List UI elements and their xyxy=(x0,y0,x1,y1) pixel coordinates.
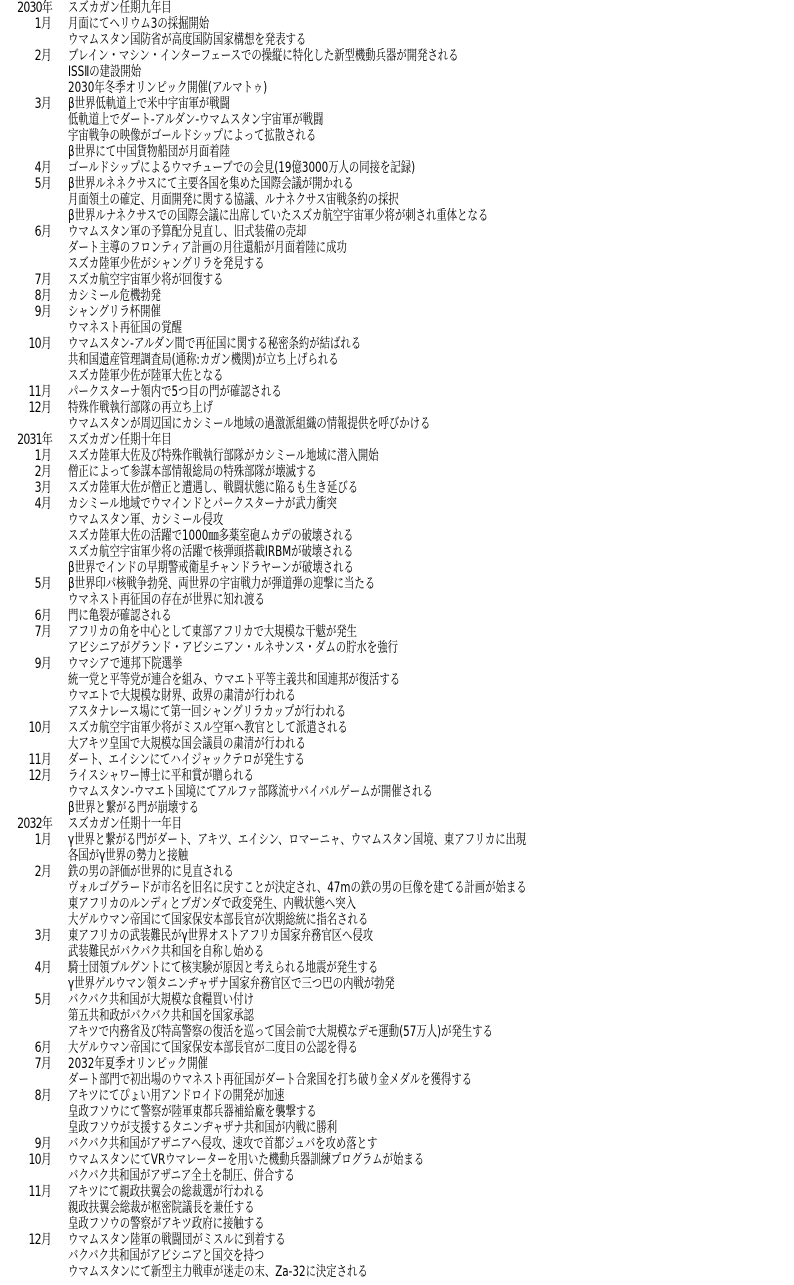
month-label: 10月 xyxy=(11,720,51,736)
event-text: スズカ陸軍少佐がシャングリラを発見する xyxy=(68,256,264,272)
event-row: 7月アフリカの角を中心として東部アフリカで大規模な干魃が発生 xyxy=(0,624,794,640)
event-text: 皇政フソウが支援するタニンヂャザナ共和国が内戦に勝利 xyxy=(68,1120,337,1136)
event-text: β世界ルナネクサスでの国際会議に出席していたスズカ航空宇宙軍少将が刺され重体とな… xyxy=(68,208,488,224)
month-label: 2月 xyxy=(11,48,51,64)
event-text: ダート、エイシンにてハイジャックテロが発生する xyxy=(68,752,305,768)
event-row: 武装難民がバクバク共和国を自称し始める xyxy=(0,944,794,960)
event-text: 武装難民がバクバク共和国を自称し始める xyxy=(68,944,264,960)
year-label: 2030年 xyxy=(11,0,52,16)
event-text: ウマネスト再征国の存在が世界に知れ渡る xyxy=(68,592,265,608)
event-row: ダート主導のフロンティア計画の月往還船が月面着陸に成功 xyxy=(0,240,794,256)
event-row: 2月ブレイン・マシン・インターフェースでの操縦に特化した新型機動兵器が開発される xyxy=(0,48,794,64)
event-row: アビシニアがグランド・アビシニアン・ルネサンス・ダムの貯水を強行 xyxy=(0,640,794,656)
event-text: スズカガン任期九年目 xyxy=(68,0,172,16)
year-row: 2031年スズカガン任期十年目 xyxy=(0,432,794,448)
event-text: ゴールドシップによるウマチューブでの会見(19億3000万人の同接を記録) xyxy=(68,160,415,176)
month-label: 7月 xyxy=(11,1056,51,1072)
event-row: 4月ゴールドシップによるウマチューブでの会見(19億3000万人の同接を記録) xyxy=(0,160,794,176)
event-row: ウマムスタン国防省が高度国防国家構想を発表する xyxy=(0,32,794,48)
month-label: 11月 xyxy=(11,384,51,400)
event-text: ダート部門で初出場のウマネスト再征国がダート合衆国を打ち破り金メダルを獲得する xyxy=(68,1072,472,1088)
event-row: 5月バクバク共和国が大規模な食糧買い付け xyxy=(0,992,794,1008)
event-text: ウマムスタン軍、カシミール侵攻 xyxy=(68,512,223,528)
year-label: 2032年 xyxy=(11,816,52,832)
event-row: 7月2032年夏季オリンピック開催 xyxy=(0,1056,794,1072)
event-text: ダート主導のフロンティア計画の月往還船が月面着陸に成功 xyxy=(68,240,347,256)
month-label: 1月 xyxy=(11,16,51,32)
event-text: 東アフリカの武装難民がγ世界オストアフリカ国家弁務官区へ侵攻 xyxy=(68,928,373,944)
event-row: 共和国遺産管理調査局(通称:カガン機関)が立ち上げられる xyxy=(0,352,794,368)
month-label: 12月 xyxy=(11,768,51,784)
event-text: γ世界ゲルウマン領タニンヂャザナ国家弁務官区で三つ巴の内戦が勃発 xyxy=(68,976,395,992)
event-row: 11月パークスターナ領内で5つ目の門が確認される xyxy=(0,384,794,400)
event-text: 大アキツ皇国で大規模な国会議員の粛清が行われる xyxy=(68,736,306,752)
event-text: ウマムスタンが周辺国にカシミール地域の過激派組織の情報提供を呼びかける xyxy=(68,416,430,432)
event-text: スズカ陸軍大佐の活躍で1000㎜多薬室砲ムカデの破壊される xyxy=(68,528,353,544)
month-label: 9月 xyxy=(11,656,51,672)
month-label: 5月 xyxy=(11,992,51,1008)
month-label: 4月 xyxy=(11,960,51,976)
event-row: 1月スズカ陸軍大佐及び特殊作戦執行部隊がカシミール地域に潜入開始 xyxy=(0,448,794,464)
event-text: スズカ陸軍大佐及び特殊作戦執行部隊がカシミール地域に潜入開始 xyxy=(68,448,379,464)
event-text: 特殊作戦執行部隊の再立ち上げ xyxy=(68,400,213,416)
event-row: アスタナレース場にて第一回シャングリラカップが行われる xyxy=(0,704,794,720)
event-text: 宇宙戦争の映像がゴールドシップによって拡散される xyxy=(68,128,316,144)
month-label: 9月 xyxy=(11,1136,51,1152)
month-label: 12月 xyxy=(11,1232,51,1248)
event-row: 1月γ世界と繋がる門がダート、アキツ、エイシン、ロマーニャ、ウマムスタン国境、東… xyxy=(0,832,794,848)
event-row: β世界でインドの早期警戒衛星チャンドラヤーンが破壊される xyxy=(0,560,794,576)
event-text: スズカ航空宇宙軍少将がミスル空軍へ教官として派遣される xyxy=(68,720,348,736)
event-row: ウマムスタンにて新型主力戦車が迷走の末、Za-32に決定される xyxy=(0,1264,794,1280)
month-label: 11月 xyxy=(11,752,51,768)
month-label: 10月 xyxy=(11,1152,51,1168)
event-text: バクバク共和国がアビシニアと国交を持つ xyxy=(68,1248,264,1264)
event-text: ライスシャワー博士に平和賞が贈られる xyxy=(68,768,254,784)
event-row: 9月バクバク共和国がアザニアへ侵攻、速攻で首都ジュバを攻め落とす xyxy=(0,1136,794,1152)
event-row: 8月カシミール危機勃発 xyxy=(0,288,794,304)
event-row: 皇政フソウが支援するタニンヂャザナ共和国が内戦に勝利 xyxy=(0,1120,794,1136)
month-label: 6月 xyxy=(11,608,51,624)
event-row: ウマムスタンが周辺国にカシミール地域の過激派組織の情報提供を呼びかける xyxy=(0,416,794,432)
event-text: スズカ航空宇宙軍少将の活躍で核弾頭搭載IRBMが破壊される xyxy=(68,544,353,560)
event-text: ウマシアで連邦下院選挙 xyxy=(68,656,182,672)
event-text: 第五共和政がバクバク共和国を国家承認 xyxy=(68,1008,254,1024)
event-text: β世界と繋がる門が崩壊する xyxy=(68,800,199,816)
event-row: 2030年冬季オリンピック開催(アルマトゥ) xyxy=(0,80,794,96)
event-row: 3月スズカ陸軍大佐が僧正と遭遇し、戦闘状態に陥るも生き延びる xyxy=(0,480,794,496)
year-row: 2030年スズカガン任期九年目 xyxy=(0,0,794,16)
event-row: 12月特殊作戦執行部隊の再立ち上げ xyxy=(0,400,794,416)
event-row: スズカ陸軍少佐が陸軍大佐となる xyxy=(0,368,794,384)
event-text: β世界にて中国貨物船団が月面着陸 xyxy=(68,144,230,160)
month-label: 7月 xyxy=(11,272,51,288)
event-row: 10月ウマムスタン-アルダン間で再征国に関する秘密条約が結ばれる xyxy=(0,336,794,352)
event-row: 3月東アフリカの武装難民がγ世界オストアフリカ国家弁務官区へ侵攻 xyxy=(0,928,794,944)
event-text: バクバク共和国が大規模な食糧買い付け xyxy=(68,992,254,1008)
event-text: 大ゲルウマン帝国にて国家保安本部長官が次期総統に指名される xyxy=(68,912,368,928)
month-label: 4月 xyxy=(11,496,51,512)
event-row: 10月ウマムスタンにてVRウマレーターを用いた機動兵器訓練プログラムが始まる xyxy=(0,1152,794,1168)
event-text: パークスターナ領内で5つ目の門が確認される xyxy=(68,384,282,400)
event-row: 統一党と平等党が連合を組み、ウマエト平等主義共和国連邦が復活する xyxy=(0,672,794,688)
event-text: ウマムスタン-アルダン間で再征国に関する秘密条約が結ばれる xyxy=(68,336,361,352)
event-text: 低軌道上でダート-アルダン-ウマムスタン宇宙軍が戦闘 xyxy=(68,112,323,128)
event-text: ウマエトで大規模な財界、政界の粛清が行われる xyxy=(68,688,296,704)
event-text: ISSⅡの建設開始 xyxy=(68,64,141,80)
event-text: ウマムスタンにてVRウマレーターを用いた機動兵器訓練プログラムが始まる xyxy=(68,1152,424,1168)
event-row: 11月ダート、エイシンにてハイジャックテロが発生する xyxy=(0,752,794,768)
event-row: ウマムスタン-ウマエト国境にてアルファ部隊流サバイバルゲームが開催される xyxy=(0,784,794,800)
month-label: 6月 xyxy=(11,224,51,240)
event-row: スズカ陸軍少佐がシャングリラを発見する xyxy=(0,256,794,272)
event-text: ウマムスタンにて新型主力戦車が迷走の末、Za-32に決定される xyxy=(68,1264,368,1280)
event-row: 9月ウマシアで連邦下院選挙 xyxy=(0,656,794,672)
event-text: スズカ陸軍少佐が陸軍大佐となる xyxy=(68,368,223,384)
event-text: β世界でインドの早期警戒衛星チャンドラヤーンが破壊される xyxy=(68,560,354,576)
event-row: ダート部門で初出場のウマネスト再征国がダート合衆国を打ち破り金メダルを獲得する xyxy=(0,1072,794,1088)
year-label: 2031年 xyxy=(11,432,52,448)
month-label: 2月 xyxy=(11,864,51,880)
event-text: 月面にてヘリウム3の採掘開始 xyxy=(68,16,209,32)
event-text: 騎士団領ブルグントにて核実験が原因と考えられる地震が発生する xyxy=(68,960,378,976)
event-row: 6月門に亀裂が確認される xyxy=(0,608,794,624)
month-label: 1月 xyxy=(11,832,51,848)
event-text: 大ゲルウマン帝国にて国家保安本部長官が二度目の公認を得る xyxy=(68,1040,358,1056)
event-row: バクバク共和国がアザニア全土を制圧、併合する xyxy=(0,1168,794,1184)
month-label: 2月 xyxy=(11,464,51,480)
month-label: 10月 xyxy=(11,336,51,352)
event-row: 皇政フソウの警察がアキツ政府に接触する xyxy=(0,1216,794,1232)
event-text: ヴォルゴグラードが市名を旧名に戻すことが決定され、47mの鉄の男の巨像を建てる計… xyxy=(68,880,527,896)
event-row: 3月β世界低軌道上で米中宇宙軍が戦闘 xyxy=(0,96,794,112)
event-row: 低軌道上でダート-アルダン-ウマムスタン宇宙軍が戦闘 xyxy=(0,112,794,128)
event-text: アフリカの角を中心として東部アフリカで大規模な干魃が発生 xyxy=(68,624,357,640)
year-row: 2032年スズカガン任期十一年目 xyxy=(0,816,794,832)
event-row: 東アフリカのルンディとブガンダで政変発生、内戦状態へ突入 xyxy=(0,896,794,912)
event-text: スズカ陸軍大佐が僧正と遭遇し、戦闘状態に陥るも生き延びる xyxy=(68,480,358,496)
month-label: 12月 xyxy=(11,400,51,416)
event-text: 鉄の男の評価が世界的に見直される xyxy=(68,864,234,880)
event-row: 5月β世界印パ核戦争勃発、両世界の宇宙戦力が弾道弾の迎撃に当たる xyxy=(0,576,794,592)
event-text: スズカ航空宇宙軍少将が回復する xyxy=(68,272,223,288)
event-row: 8月アキツにてぴょい用アンドロイドの開発が加速 xyxy=(0,1088,794,1104)
event-text: カシミール危機勃発 xyxy=(68,288,161,304)
event-text: 皇政フソウにて警察が陸軍東都兵器補給廠を襲撃する xyxy=(68,1104,317,1120)
event-text: ウマネスト再征国の覚醒 xyxy=(68,320,182,336)
event-text: アスタナレース場にて第一回シャングリラカップが行われる xyxy=(68,704,346,720)
event-text: 門に亀裂が確認される xyxy=(68,608,172,624)
event-text: 僧正によって参謀本部情報総局の特殊部隊が壊滅する xyxy=(68,464,317,480)
event-text: ウマムスタン国防省が高度国防国家構想を発表する xyxy=(68,32,306,48)
event-row: 1月月面にてヘリウム3の採掘開始 xyxy=(0,16,794,32)
month-label: 7月 xyxy=(11,624,51,640)
event-row: ウマエトで大規模な財界、政界の粛清が行われる xyxy=(0,688,794,704)
event-row: スズカ航空宇宙軍少将の活躍で核弾頭搭載IRBMが破壊される xyxy=(0,544,794,560)
event-row: 2月僧正によって参謀本部情報総局の特殊部隊が壊滅する xyxy=(0,464,794,480)
event-text: 東アフリカのルンディとブガンダで政変発生、内戦状態へ突入 xyxy=(68,896,356,912)
event-text: ウマムスタン軍の予算配分見直し、旧式装備の売却 xyxy=(68,224,306,240)
event-text: アキツにて親政扶翼会の総裁選が行われる xyxy=(68,1184,264,1200)
event-text: アビシニアがグランド・アビシニアン・ルネサンス・ダムの貯水を強行 xyxy=(68,640,398,656)
month-label: 8月 xyxy=(11,1088,51,1104)
event-text: 親政扶翼会総裁が枢密院議長を兼任する xyxy=(68,1200,254,1216)
event-row: β世界と繋がる門が崩壊する xyxy=(0,800,794,816)
event-row: ヴォルゴグラードが市名を旧名に戻すことが決定され、47mの鉄の男の巨像を建てる計… xyxy=(0,880,794,896)
event-text: ウマムスタン-ウマエト国境にてアルファ部隊流サバイバルゲームが開催される xyxy=(68,784,433,800)
event-text: アキツで内務省及び特高警察の復活を巡って国会前で大規模なデモ運動(57万人)が発… xyxy=(68,1024,493,1040)
event-text: ウマムスタン陸軍の戦闘団がミスルに到着する xyxy=(68,1232,286,1248)
event-row: 第五共和政がバクバク共和国を国家承認 xyxy=(0,1008,794,1024)
event-row: γ世界ゲルウマン領タニンヂャザナ国家弁務官区で三つ巴の内戦が勃発 xyxy=(0,976,794,992)
event-text: β世界低軌道上で米中宇宙軍が戦闘 xyxy=(68,96,230,112)
event-text: γ世界と繋がる門がダート、アキツ、エイシン、ロマーニャ、ウマムスタン国境、東アフ… xyxy=(68,832,526,848)
event-text: スズカガン任期十一年目 xyxy=(68,816,182,832)
event-text: ブレイン・マシン・インターフェースでの操縦に特化した新型機動兵器が開発される xyxy=(68,48,459,64)
event-row: 12月ライスシャワー博士に平和賞が贈られる xyxy=(0,768,794,784)
event-row: アキツで内務省及び特高警察の復活を巡って国会前で大規模なデモ運動(57万人)が発… xyxy=(0,1024,794,1040)
event-row: 大ゲルウマン帝国にて国家保安本部長官が次期総統に指名される xyxy=(0,912,794,928)
event-row: 4月騎士団領ブルグントにて核実験が原因と考えられる地震が発生する xyxy=(0,960,794,976)
event-row: 皇政フソウにて警察が陸軍東都兵器補給廠を襲撃する xyxy=(0,1104,794,1120)
event-row: 4月カシミール地域でウマインドとパークスターナが武力衝突 xyxy=(0,496,794,512)
event-text: 2032年夏季オリンピック開催 xyxy=(68,1056,208,1072)
month-label: 3月 xyxy=(11,928,51,944)
event-text: バクバク共和国がアザニアへ侵攻、速攻で首都ジュバを攻め落とす xyxy=(68,1136,377,1152)
event-text: β世界印パ核戦争勃発、両世界の宇宙戦力が弾道弾の迎撃に当たる xyxy=(68,576,375,592)
event-row: 各国がγ世界の勢力と接触 xyxy=(0,848,794,864)
event-row: バクバク共和国がアビシニアと国交を持つ xyxy=(0,1248,794,1264)
event-text: 各国がγ世界の勢力と接触 xyxy=(68,848,188,864)
event-row: β世界にて中国貨物船団が月面着陸 xyxy=(0,144,794,160)
event-row: 宇宙戦争の映像がゴールドシップによって拡散される xyxy=(0,128,794,144)
event-text: シャングリラ杯開催 xyxy=(68,304,161,320)
event-row: 大アキツ皇国で大規模な国会議員の粛清が行われる xyxy=(0,736,794,752)
event-row: ISSⅡの建設開始 xyxy=(0,64,794,80)
event-text: スズカガン任期十年目 xyxy=(68,432,172,448)
event-row: 11月アキツにて親政扶翼会の総裁選が行われる xyxy=(0,1184,794,1200)
event-row: スズカ陸軍大佐の活躍で1000㎜多薬室砲ムカデの破壊される xyxy=(0,528,794,544)
event-row: 5月β世界ルネネクサスにて主要各国を集めた国際会議が開かれる xyxy=(0,176,794,192)
month-label: 5月 xyxy=(11,176,51,192)
event-row: 6月大ゲルウマン帝国にて国家保安本部長官が二度目の公認を得る xyxy=(0,1040,794,1056)
event-text: バクバク共和国がアザニア全土を制圧、併合する xyxy=(68,1168,295,1184)
month-label: 11月 xyxy=(11,1184,51,1200)
event-text: 皇政フソウの警察がアキツ政府に接触する xyxy=(68,1216,264,1232)
event-text: 共和国遺産管理調査局(通称:カガン機関)が立ち上げられる xyxy=(68,352,339,368)
event-row: 12月ウマムスタン陸軍の戦闘団がミスルに到着する xyxy=(0,1232,794,1248)
event-row: 10月スズカ航空宇宙軍少将がミスル空軍へ教官として派遣される xyxy=(0,720,794,736)
event-row: ウマネスト再征国の存在が世界に知れ渡る xyxy=(0,592,794,608)
month-label: 3月 xyxy=(11,480,51,496)
event-text: β世界ルネネクサスにて主要各国を集めた国際会議が開かれる xyxy=(68,176,354,192)
event-row: ウマムスタン軍、カシミール侵攻 xyxy=(0,512,794,528)
event-row: ウマネスト再征国の覚醒 xyxy=(0,320,794,336)
month-label: 8月 xyxy=(11,288,51,304)
event-text: カシミール地域でウマインドとパークスターナが武力衝突 xyxy=(68,496,337,512)
event-text: アキツにてぴょい用アンドロイドの開発が加速 xyxy=(68,1088,284,1104)
month-label: 4月 xyxy=(11,160,51,176)
event-row: 7月スズカ航空宇宙軍少将が回復する xyxy=(0,272,794,288)
month-label: 6月 xyxy=(11,1040,51,1056)
event-row: 親政扶翼会総裁が枢密院議長を兼任する xyxy=(0,1200,794,1216)
month-label: 1月 xyxy=(11,448,51,464)
event-row: 月面領土の確定、月面開発に関する協議、ルナネクサス宙戦条約の採択 xyxy=(0,192,794,208)
event-row: 2月鉄の男の評価が世界的に見直される xyxy=(0,864,794,880)
event-text: 2030年冬季オリンピック開催(アルマトゥ) xyxy=(68,80,267,96)
month-label: 5月 xyxy=(11,576,51,592)
timeline-document: 2030年スズカガン任期九年目1月月面にてヘリウム3の採掘開始ウマムスタン国防省… xyxy=(0,0,794,1280)
event-text: 統一党と平等党が連合を組み、ウマエト平等主義共和国連邦が復活する xyxy=(68,672,400,688)
month-label: 9月 xyxy=(11,304,51,320)
event-row: 9月シャングリラ杯開催 xyxy=(0,304,794,320)
month-label: 3月 xyxy=(11,96,51,112)
event-row: β世界ルナネクサスでの国際会議に出席していたスズカ航空宇宙軍少将が刺され重体とな… xyxy=(0,208,794,224)
event-row: 6月ウマムスタン軍の予算配分見直し、旧式装備の売却 xyxy=(0,224,794,240)
event-text: 月面領土の確定、月面開発に関する協議、ルナネクサス宙戦条約の採択 xyxy=(68,192,399,208)
